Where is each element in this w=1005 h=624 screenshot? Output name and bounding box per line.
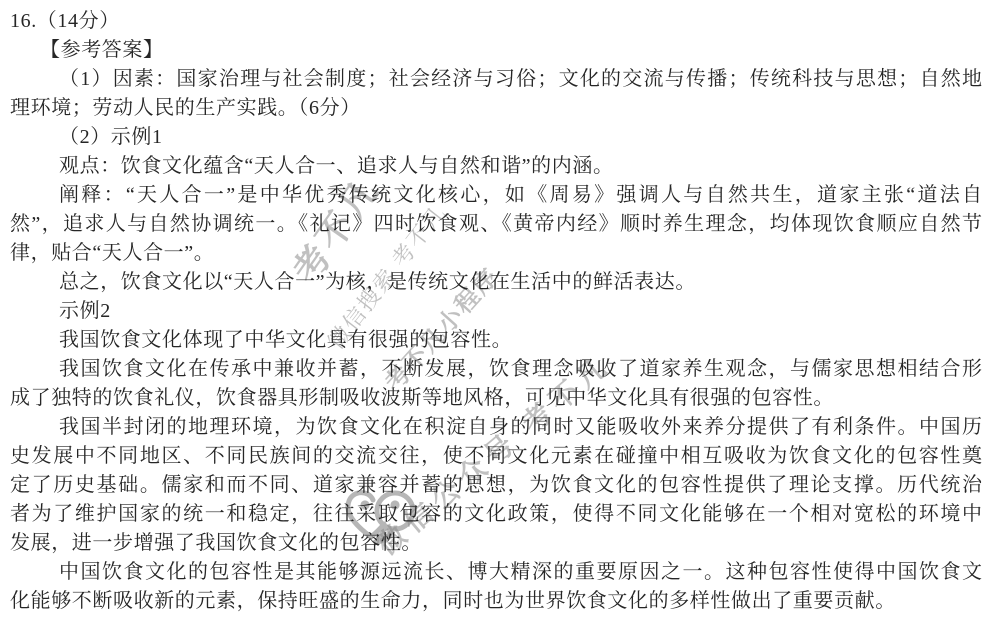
text-line: 定了历史基础。儒家和而不同、道家兼容并蓄的思想，为饮食文化的包容性提供了理论支撑…	[10, 471, 982, 500]
text-line: （2）示例1	[10, 123, 989, 152]
text-line: 阐释：“天人合一”是中华优秀传统文化核心，如《周易》强调人与自然共生，道家主张“…	[10, 181, 982, 210]
text-line: 者为了维护国家的统一和稳定，往往采取包容的文化政策，使得不同文化能够在一个相对宽…	[10, 500, 982, 529]
answer-sheet-page: 考不凡 微信搜索 考不凡 考不凡小程序 微信公众号 考不凡 16.（14分） 【…	[0, 0, 1005, 624]
text-line: 我国半封闭的地理环境，为饮食文化在积淀自身的同时又能吸收外来养分提供了有利条件。…	[10, 413, 982, 442]
text-line: 史发展中不同地区、不同民族间的交流交往，使不同文化元素在碰撞中相互吸收为饮食文化…	[10, 442, 982, 471]
text-line: 然”，追求人与自然协调统一。《礼记》四时饮食观、《黄帝内经》顺时养生理念，均体现…	[10, 210, 982, 239]
text-line: 示例2	[10, 297, 989, 326]
reference-answer-heading: 【参考答案】	[10, 36, 989, 65]
text-line: 我国饮食文化在传承中兼收并蓄，不断发展，饮食理念吸收了道家养生观念，与儒家思想相…	[10, 355, 982, 384]
text-line: 律，贴合“天人合一”。	[10, 239, 989, 268]
text-line: 中国饮食文化的包容性是其能够源远流长、博大精深的重要原因之一。这种包容性使得中国…	[10, 558, 982, 587]
text-line: 观点：饮食文化蕴含“天人合一、追求人与自然和谐”的内涵。	[10, 152, 989, 181]
answer-text: 16.（14分） 【参考答案】 （1）因素：国家治理与社会制度；社会经济与习俗；…	[10, 7, 989, 616]
question-number-line: 16.（14分）	[10, 7, 989, 36]
text-line: （1）因素：国家治理与社会制度；社会经济与习俗；文化的交流与传播；传统科技与思想…	[10, 65, 982, 94]
text-line: 发展，进一步增强了我国饮食文化的包容性。	[10, 529, 989, 558]
text-line: 化能够不断吸收新的元素，保持旺盛的生命力，同时也为世界饮食文化的多样性做出了重要…	[10, 587, 989, 616]
text-line: 总之，饮食文化以“天人合一”为核，是传统文化在生活中的鲜活表达。	[10, 268, 989, 297]
text-line: 我国饮食文化体现了中华文化具有很强的包容性。	[10, 326, 989, 355]
text-line: 理环境；劳动人民的生产实践。（6分）	[10, 94, 989, 123]
text-line: 成了独特的饮食礼仪，饮食器具形制吸收波斯等地风格，可见中华文化具有很强的包容性。	[10, 384, 989, 413]
